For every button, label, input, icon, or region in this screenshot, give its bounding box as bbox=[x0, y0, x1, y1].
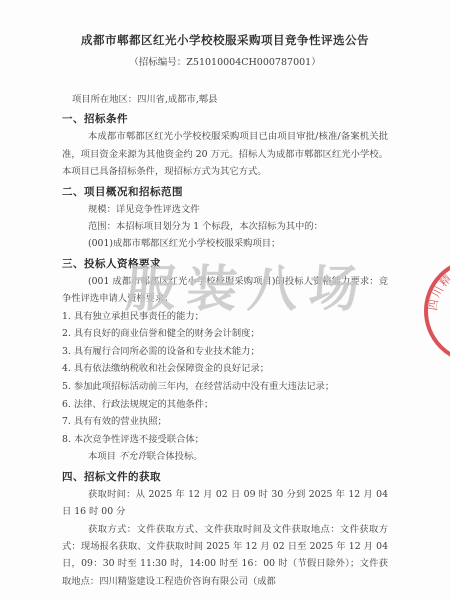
section-2-heading: 二、项目概况和招标范围 bbox=[62, 184, 388, 200]
company-seal: 四川精鉴建设工程造价咨询有限公司 bbox=[421, 255, 450, 367]
scale-line: 规模：详见竞争性评选文件 bbox=[62, 201, 388, 218]
qualification-item-6: 6. 法律、行政法规规定的其他条件； bbox=[62, 396, 388, 414]
section-3-heading: 三、投标人资格要求 bbox=[62, 256, 388, 272]
document-title: 成都市郫都区红光小学校校服采购项目竞争性评选公告 bbox=[62, 33, 388, 48]
section-4-heading: 四、招标文件的获取 bbox=[62, 469, 388, 485]
lot-line: (001)成都市郫都区红光小学校校服采购项目； bbox=[62, 235, 388, 252]
section-1-heading: 一、招标条件 bbox=[62, 111, 388, 127]
obtain-method-paragraph: 获取方式：文件获取方式、文件获取时间及文件获取地点：文件获取方式：现场报名获取、… bbox=[62, 521, 388, 591]
qualification-item-7: 7. 具有有效的营业执照； bbox=[62, 413, 388, 431]
bid-number: （招标编号：Z51010004CH000787001） bbox=[62, 56, 388, 70]
consortium-note-suffix: 联合体投标。 bbox=[147, 451, 203, 462]
qualification-item-5: 5. 参加此项招标活动前三年内，在经营活动中没有重大违法记录； bbox=[62, 378, 388, 396]
qualification-item-2: 2. 具有良好的商业信誉和健全的财务会计制度； bbox=[62, 325, 388, 343]
consortium-note-emphasis: 不允许 bbox=[119, 451, 147, 462]
qualification-intro: (001 成都市郫都区红光小学校校服采购项目)的投标人资格能力要求：竞争性评选申… bbox=[62, 273, 388, 308]
consortium-note: 本项目 不允许联合体投标。 bbox=[62, 448, 388, 465]
document-page: 成都市郫都区红光小学校校服采购项目竞争性评选公告 （招标编号：Z51010004… bbox=[0, 0, 450, 600]
qualification-item-4: 4. 具有依法缴纳税收和社会保障资金的良好记录； bbox=[62, 360, 388, 378]
project-location: 项目所在地区：四川省,成都市,郫县 bbox=[62, 91, 388, 108]
section-1-body: 本成都市郫都区红光小学校校服采购项目已由项目审批/核准/备案机关批准，项目资金来… bbox=[62, 128, 388, 180]
scope-line: 范围：本招标项目划分为 1 个标段，本次招标为其中的： bbox=[62, 218, 388, 235]
consortium-note-prefix: 本项目 bbox=[88, 451, 119, 462]
qualification-item-8: 8. 本次竞争性评选不接受联合体； bbox=[62, 431, 388, 449]
qualification-item-1: 1. 具有独立承担民事责任的能力； bbox=[62, 308, 388, 326]
qualification-item-3: 3. 具有履行合同所必需的设备和专业技术能力； bbox=[62, 343, 388, 361]
obtain-time-line: 获取时间：从 2025 年 12 月 02 日 09 时 30 分到 2025 … bbox=[62, 486, 388, 521]
